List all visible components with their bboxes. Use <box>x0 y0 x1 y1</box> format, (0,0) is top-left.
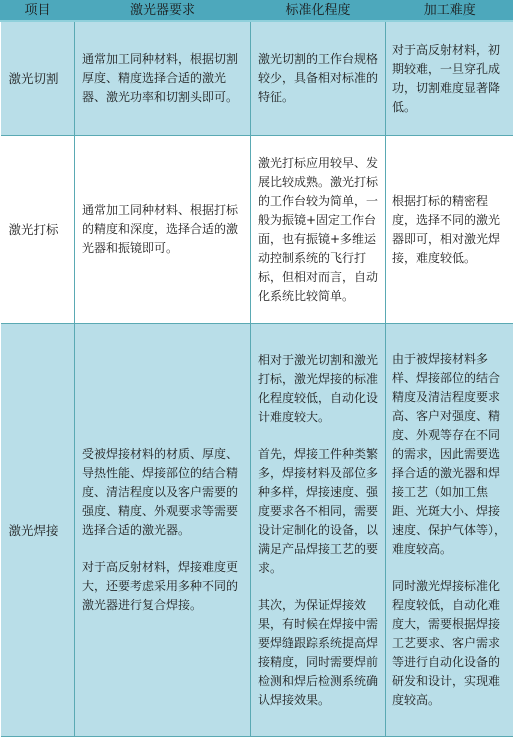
row-item-label: 激光焊接 <box>1 324 75 737</box>
cell-difficulty: 由于被焊接材料多样、焊接部位的结合精度及清洁程度要求高、客户对强度、精度、外观等… <box>386 324 513 737</box>
cell-paragraph: 激光打标应用较早、发展比较成熟。激光打标的工作台较为简单，一般为振镜+固定工作台… <box>258 154 379 306</box>
cell-paragraph: 根据打标的精密程度，选择不同的激光器即可，相对激光焊接，难度较低。 <box>392 192 508 268</box>
table-header: 项目 激光器要求 标准化程度 加工难度 <box>1 0 513 21</box>
cell-difficulty: 根据打标的精密程度，选择不同的激光器即可，相对激光焊接，难度较低。 <box>386 136 513 324</box>
cell-standardization: 激光切割的工作台规格较少，具备相对标准的特征。 <box>251 21 386 136</box>
cell-paragraph: 通常加工同种材料，根据切割厚度、精度选择合适的激光器、激光功率和切割头即可。 <box>82 50 244 107</box>
cell-paragraph: 首先，焊接工件种类繁多，焊接材料及部位多种多样，焊接速度、强度要求各不相同，需要… <box>258 445 379 578</box>
cell-paragraph: 由于被焊接材料多样、焊接部位的结合精度及清洁程度要求高、客户对强度、精度、外观等… <box>392 350 508 559</box>
header-laser-requirement: 激光器要求 <box>75 0 251 21</box>
header-item: 项目 <box>1 0 75 21</box>
cell-paragraph: 通常加工同种材料、根据打标的精度和深度，选择合适的激光器和振镜即可。 <box>82 201 244 258</box>
cell-paragraph: 对于高反射材料，焊接难度更大，还要考虑采用多种不同的激光器进行复合焊接。 <box>82 558 244 615</box>
cell-standardization: 相对于激光切割和激光打标，激光焊接的标准化程度较低，自动化设计难度较大。 首先，… <box>251 324 386 737</box>
table-row-laser-cutting: 激光切割 通常加工同种材料，根据切割厚度、精度选择合适的激光器、激光功率和切割头… <box>1 21 513 136</box>
row-item-label: 激光切割 <box>1 21 75 136</box>
cell-standardization: 激光打标应用较早、发展比较成熟。激光打标的工作台较为简单，一般为振镜+固定工作台… <box>251 136 386 324</box>
cell-laser-requirement: 通常加工同种材料，根据切割厚度、精度选择合适的激光器、激光功率和切割头即可。 <box>75 21 251 136</box>
header-standardization: 标准化程度 <box>251 0 386 21</box>
cell-paragraph: 受被焊接材料的材质、厚度、导热性能、焊接部位的结合精度、清洁程度以及客户需要的强… <box>82 445 244 540</box>
table-row-laser-welding: 激光焊接 受被焊接材料的材质、厚度、导热性能、焊接部位的结合精度、清洁程度以及客… <box>1 324 513 737</box>
cell-laser-requirement: 受被焊接材料的材质、厚度、导热性能、焊接部位的结合精度、清洁程度以及客户需要的强… <box>75 324 251 737</box>
cell-difficulty: 对于高反射材料，初期较难，一旦穿孔成功，切割难度显著降低。 <box>386 21 513 136</box>
cell-paragraph: 相对于激光切割和激光打标，激光焊接的标准化程度较低，自动化设计难度较大。 <box>258 351 379 427</box>
table-row-laser-marking: 激光打标 通常加工同种材料、根据打标的精度和深度，选择合适的激光器和振镜即可。 … <box>1 136 513 324</box>
cell-paragraph: 其次，为保证焊接效果，有时候在焊接中需要焊缝跟踪系统提高焊接精度，同时需要焊前检… <box>258 596 379 710</box>
laser-comparison-table: 项目 激光器要求 标准化程度 加工难度 激光切割 通常加工同种材料，根据切割厚度… <box>0 0 513 737</box>
cell-paragraph: 对于高反射材料，初期较难，一旦穿孔成功，切割难度显著降低。 <box>392 41 508 117</box>
cell-paragraph: 激光切割的工作台规格较少，具备相对标准的特征。 <box>258 50 379 107</box>
cell-laser-requirement: 通常加工同种材料、根据打标的精度和深度，选择合适的激光器和振镜即可。 <box>75 136 251 324</box>
row-item-label: 激光打标 <box>1 136 75 324</box>
header-row: 项目 激光器要求 标准化程度 加工难度 <box>1 0 513 21</box>
header-difficulty: 加工难度 <box>386 0 513 21</box>
cell-paragraph: 同时激光焊接标准化程度较低，自动化难度大，需要根据焊接工艺要求、客户需求等进行自… <box>392 577 508 710</box>
